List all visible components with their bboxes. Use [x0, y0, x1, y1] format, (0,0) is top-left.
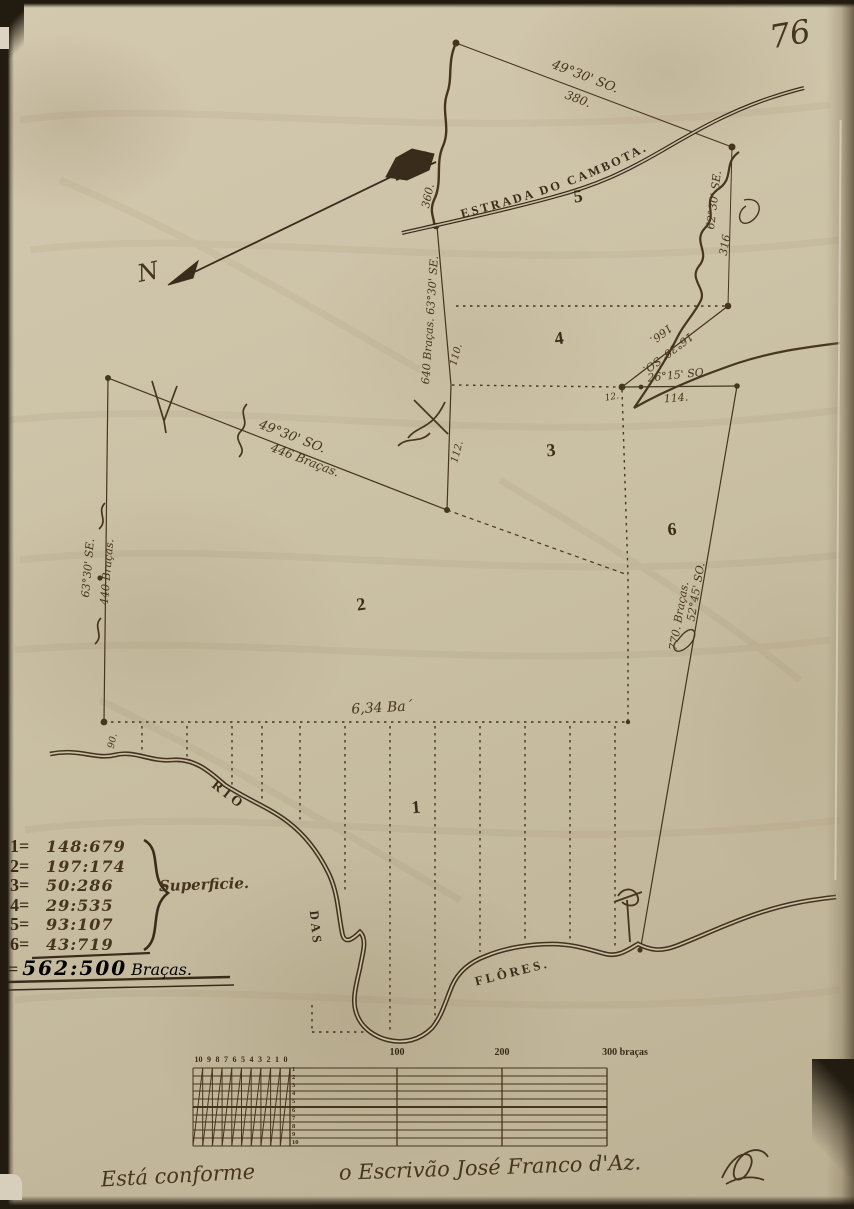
north-arrow [168, 149, 436, 285]
distance-114: 114. [663, 391, 688, 404]
legend-total-row: = 562:500 Braças. [8, 956, 192, 980]
distance-east-creek: 316 [718, 234, 732, 257]
parcel-1-label: 1 [411, 798, 422, 817]
legend-row-4: 4= 29:535 [10, 895, 240, 915]
parcel-6-label: 6 [667, 520, 678, 539]
legend-num-2: 2= [10, 856, 46, 877]
rubric-flourish [722, 1150, 768, 1184]
paper-tear-bottom-left [0, 1174, 22, 1200]
scale-side-4: 4 [292, 1090, 302, 1097]
legend-num-4: 4= [10, 895, 46, 916]
legend-row-6: 6= 43:719 [10, 934, 240, 954]
scale-side-9: 9 [292, 1131, 302, 1138]
legend-num-1: 1= [10, 836, 46, 857]
page-corner-bottom-right [812, 1059, 854, 1209]
page-edge-bottom [0, 1196, 854, 1209]
legend-val-5: 93:107 [46, 915, 114, 934]
scale-tick-200: 200 [495, 1048, 510, 1058]
scale-side-6: 6 [292, 1107, 302, 1114]
river-label-das: DAS [308, 910, 325, 946]
scale-sub-ticks: 10 9 8 7 6 5 4 3 2 1 0 [195, 1056, 288, 1064]
scale-side-ticks: 1 2 3 4 5 6 7 8 9 10 [292, 1066, 302, 1146]
scale-side-5: 5 [292, 1098, 302, 1105]
tree-mark [152, 381, 177, 433]
legend-row-2: 2= 197:174 [10, 856, 240, 876]
legend-num-3: 3= [10, 875, 46, 896]
legend-num-5: 5= [10, 914, 46, 935]
legend-val-3: 50:286 [46, 876, 114, 895]
legend-brace-label: Superficie. [159, 876, 250, 894]
scale-side-2: 2 [292, 1074, 302, 1081]
scale-side-1: 1 [292, 1066, 302, 1073]
page-edge-top [0, 0, 854, 8]
parcel-3-label: 3 [546, 441, 557, 460]
scale-side-8: 8 [292, 1123, 302, 1130]
river-tree-mark [614, 889, 642, 942]
legend-total-value: 562:500 [22, 956, 127, 980]
scale-side-3: 3 [292, 1082, 302, 1089]
arrow-feather [386, 149, 434, 180]
scale-side-7: 7 [292, 1115, 302, 1122]
legend-val-6: 43:719 [46, 935, 114, 954]
scale-side-10: 10 [292, 1139, 302, 1146]
scale-tick-300: 300 braças [602, 1048, 648, 1058]
legend-num-6: 6= [10, 934, 46, 955]
page-number: 76 [767, 15, 813, 54]
page-edge-left [0, 0, 14, 1209]
paper-tear-top-left [0, 27, 9, 49]
legend-val-1: 148:679 [46, 837, 126, 856]
map-drawing: ESTRADA DO CAMBOTA. [0, 0, 854, 1209]
base-line-label: 6,34 Ba´ [351, 699, 413, 716]
svg-text:ESTRADA DO CAMBOTA.: ESTRADA DO CAMBOTA. [459, 140, 650, 221]
legend-superficie: 1= 148:679 2= 197:174 3= 50:286 4= 29:53… [10, 836, 240, 954]
legend-total-unit: Braças. [131, 960, 192, 979]
scale-tick-100: 100 [390, 1048, 405, 1058]
east-creek [634, 144, 840, 408]
legend-row-1: 1= 148:679 [10, 836, 240, 856]
legend-val-4: 29:535 [46, 896, 114, 915]
scanned-survey-map-page: ESTRADA DO CAMBOTA. [0, 0, 854, 1209]
road-label: ESTRADA DO CAMBOTA. [459, 140, 650, 221]
scale-bar [193, 1068, 607, 1146]
legend-row-5: 5= 93:107 [10, 914, 240, 934]
legend-val-2: 197:174 [46, 857, 126, 876]
